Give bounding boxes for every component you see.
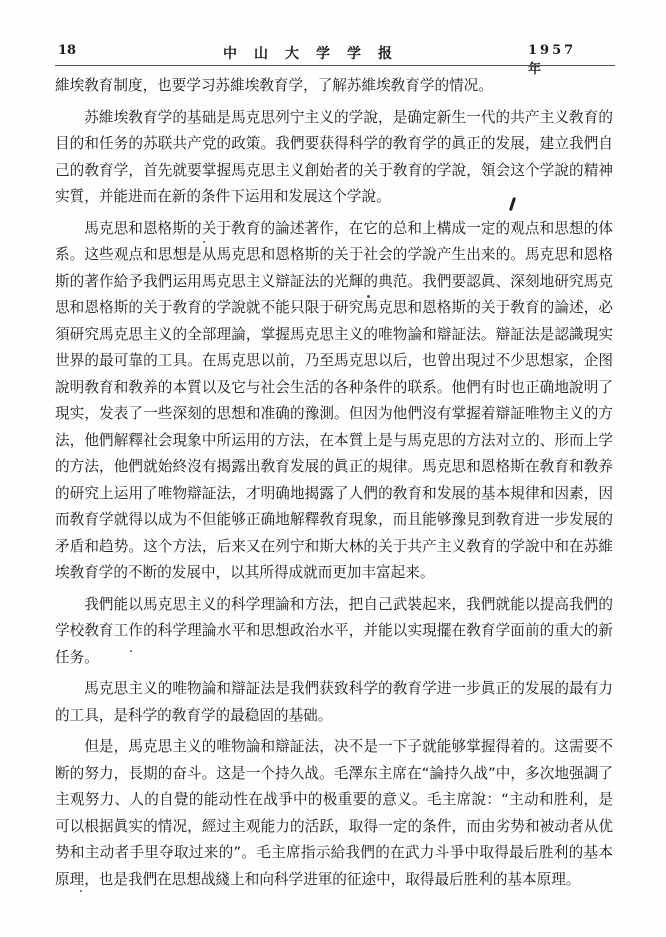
paragraph: 馬克思和恩格斯的关于敎育的論述著作，在它的总和上構成一定的观点和思想的体系。这些… (55, 216, 613, 587)
publication-year: 1957年 (528, 43, 578, 77)
paragraph: 苏維埃敎育学的基础是馬克思列宁主义的学說，是确定新生一代的共产主义敎育的目的和任… (55, 105, 613, 211)
document-page: 18 中山大学学报 1957年 維埃敎育制度，也要学习苏維埃敎育学，了解苏維埃敎… (0, 0, 666, 937)
journal-title: 中山大学学报 (223, 43, 409, 63)
paragraph: 但是，馬克思主义的唯物論和辯証法，决不是一下子就能够掌握得着的。这需要不断的努力… (55, 734, 613, 893)
paragraph-continuation: 維埃敎育制度，也要学习苏維埃敎育学，了解苏維埃敎育学的情况。 (55, 73, 613, 100)
page-number: 18 (58, 43, 76, 58)
paragraph: 我們能以馬克思主义的科学理論和方法，把自己武裝起来，我們就能以提高我們的学校敎育… (55, 592, 613, 672)
header-divider (55, 65, 615, 66)
paragraph: 馬克思主义的唯物論和辯証法是我們获致科学的敎育学进一步眞正的发展的最有力的工具，… (55, 676, 613, 729)
article-body: 維埃敎育制度，也要学习苏維埃敎育学，了解苏維埃敎育学的情况。 苏維埃敎育学的基础… (55, 73, 613, 893)
running-header: 18 中山大学学报 1957年 (58, 43, 578, 63)
